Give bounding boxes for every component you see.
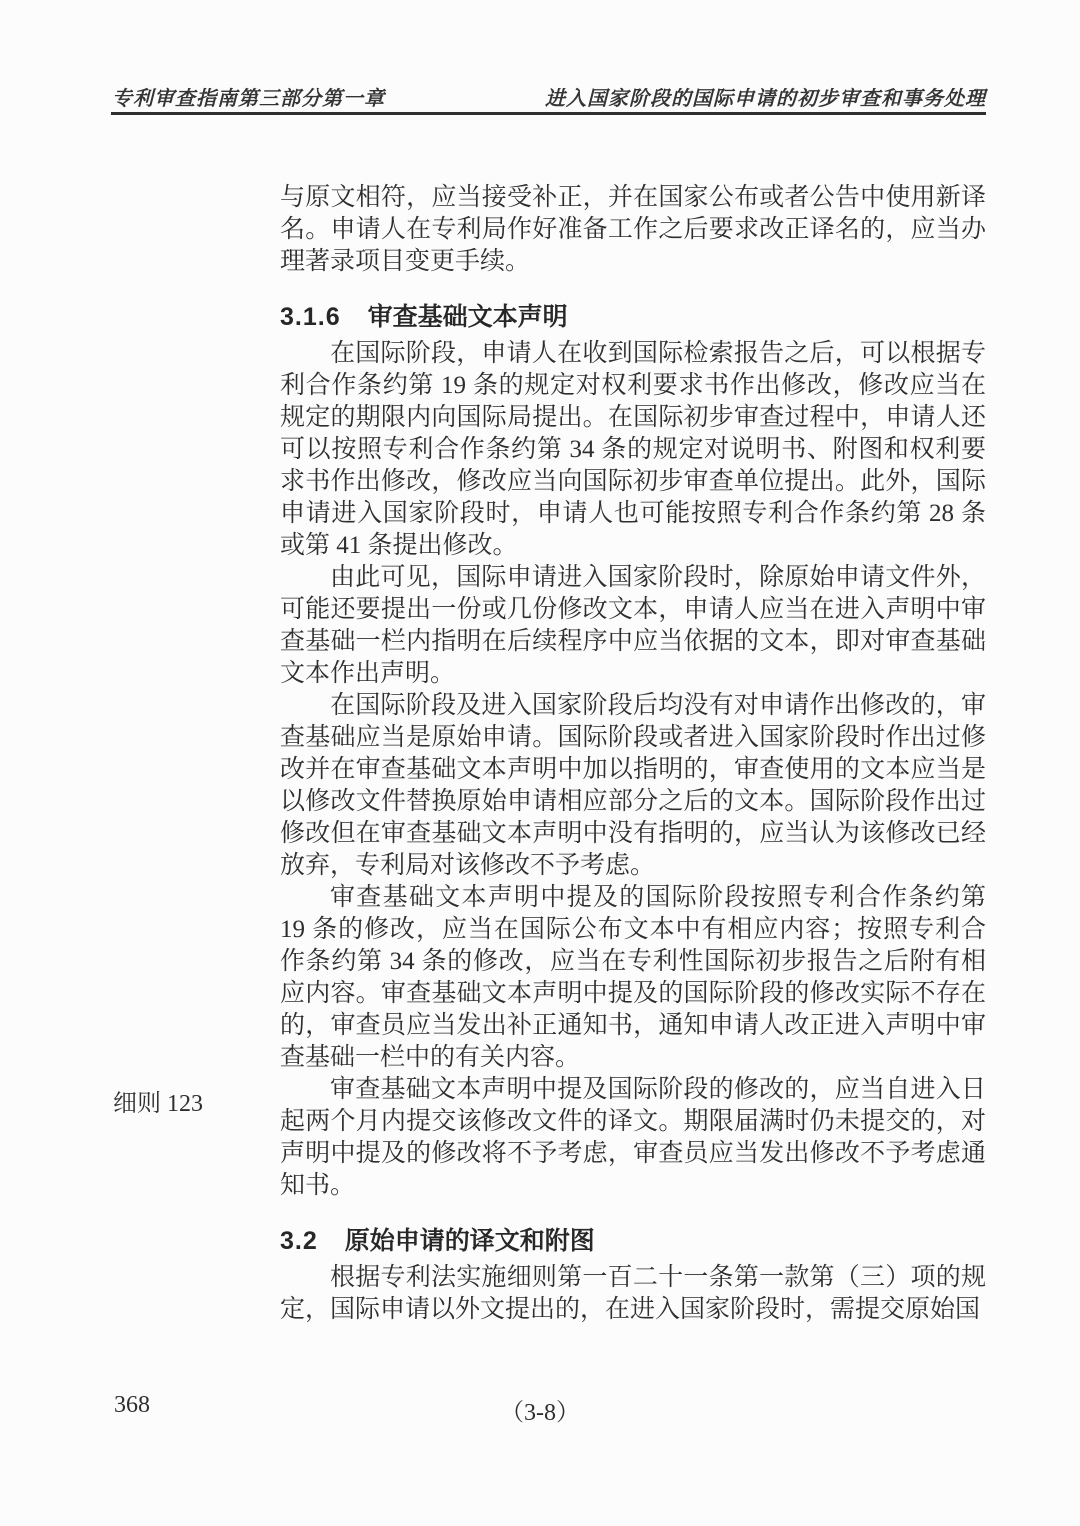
section-heading-3-2: 3.2 原始申请的译文和附图 xyxy=(280,1225,986,1257)
paragraph-no-amendment-basis: 在国际阶段及进入国家阶段后均没有对申请作出修改的，审查基础应当是原始申请。国际阶… xyxy=(280,690,986,882)
document-page: 专利审查指南第三部分第一章 进入国家阶段的国际申请的初步审查和事务处理 细则 1… xyxy=(0,0,1080,1526)
margin-note-rule-123: 细则 123 xyxy=(113,1088,203,1120)
chapter-page-number: （3-8） xyxy=(0,1392,1080,1427)
paragraph-translation-deadline: 审查基础文本声明中提及国际阶段的修改的，应当自进入日起两个月内提交该修改文件的译… xyxy=(280,1074,986,1202)
paragraph-international-amendments: 在国际阶段，申请人在收到国际检索报告之后，可以根据专利合作条约第 19 条的规定… xyxy=(280,338,986,562)
section-title: 审查基础文本声明 xyxy=(368,303,568,331)
page-header: 专利审查指南第三部分第一章 进入国家阶段的国际申请的初步审查和事务处理 xyxy=(112,82,986,111)
section-heading-3-1-6: 3.1.6 审查基础文本声明 xyxy=(280,301,986,333)
paragraph-continuation: 与原文相符，应当接受补正，并在国家公布或者公告中使用新译名。申请人在专利局作好准… xyxy=(280,182,986,278)
paragraph-thus-declaration: 由此可见，国际申请进入国家阶段时，除原始申请文件外，可能还要提出一份或几份修改文… xyxy=(280,562,986,690)
paragraph-original-translation: 根据专利法实施细则第一百二十一条第一款第（三）项的规定，国际申请以外文提出的，在… xyxy=(280,1262,986,1326)
page-footer: 368 （3-8） xyxy=(0,1392,1080,1428)
section-number: 3.1.6 xyxy=(280,303,341,331)
section-title: 原始申请的译文和附图 xyxy=(345,1227,595,1255)
document-body: 与原文相符，应当接受补正，并在国家公布或者公告中使用新译名。申请人在专利局作好准… xyxy=(280,182,986,1326)
section-number: 3.2 xyxy=(280,1227,318,1255)
header-left-title: 专利审查指南第三部分第一章 xyxy=(112,82,385,111)
page-number: 368 xyxy=(114,1392,150,1419)
header-right-title: 进入国家阶段的国际申请的初步审查和事务处理 xyxy=(545,82,986,111)
paragraph-mentioned-amendments: 审查基础文本声明中提及的国际阶段按照专利合作条约第 19 条的修改，应当在国际公… xyxy=(280,882,986,1074)
header-rule xyxy=(111,112,986,115)
